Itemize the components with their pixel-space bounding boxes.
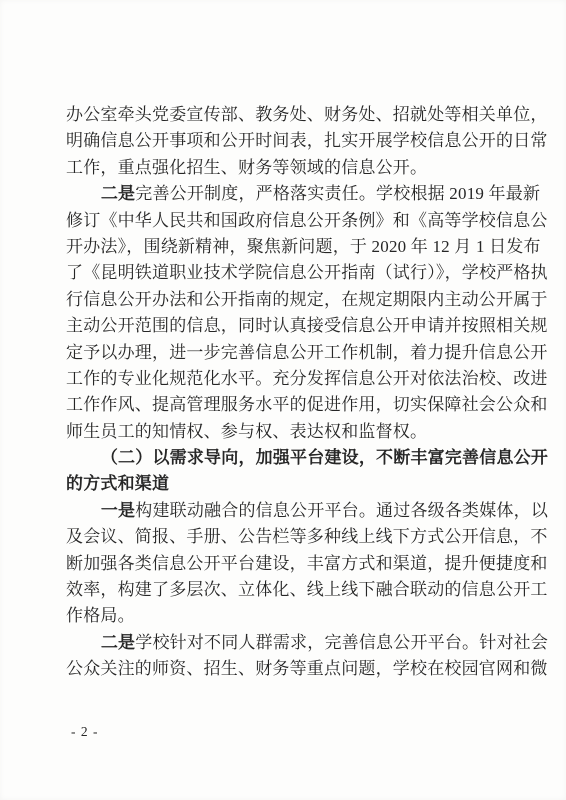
line-text: 定予以办理，进一步完善信息公开工作机制，着力提升信息公开 — [66, 343, 548, 362]
line-text: 效率，构建了多层次、立体化、线上线下融合联动的信息公开工 — [66, 580, 548, 599]
document-line: 办公室牵头党委宣传部、教务处、财务处、招就处等相关单位， — [66, 102, 502, 128]
section-heading-line: （二）以需求导向，加强平台建设，不断丰富完善信息公开 — [66, 445, 502, 471]
document-line: 一是构建联动融合的信息公开平台。通过各级各类媒体，以 — [66, 498, 502, 524]
lead-in-bold: 二是 — [101, 184, 135, 203]
document-line: 及会议、简报、手册、公告栏等多种线上线下方式公开信息，不 — [66, 524, 502, 550]
line-text: 及会议、简报、手册、公告栏等多种线上线下方式公开信息，不 — [66, 527, 548, 546]
document-line: 作格局。 — [66, 603, 502, 629]
document-line: 修订《中华人民共和国政府信息公开条例》和《高等学校信息公 — [66, 208, 502, 234]
line-text: 主动公开范围的信息，同时认真接受信息公开申请并按照相关规 — [66, 316, 548, 335]
line-text: 了《昆明铁道职业技术学院信息公开指南（试行）》，学校严格执 — [66, 263, 548, 282]
document-line: 二是学校针对不同人群需求，完善信息公开平台。针对社会 — [66, 630, 502, 656]
document-line: 断加强各类信息公开平台建设，丰富方式和渠道，提升便捷度和 — [66, 551, 502, 577]
line-text: 工作作风、提高管理服务水平的促进作用，切实保障社会公众和 — [66, 395, 548, 414]
section-heading-line: 的方式和渠道 — [66, 471, 502, 497]
document-line: 工作的专业化规范化水平。充分发挥信息公开对依法治校、改进 — [66, 366, 502, 392]
line-text: 办公室牵头党委宣传部、教务处、财务处、招就处等相关单位， — [66, 105, 548, 124]
page-number: - 2 - — [71, 724, 99, 740]
document-line: 二是完善公开制度，严格落实责任。学校根据 2019 年最新 — [66, 181, 502, 207]
document-line: 行信息公开办法和公开指南的规定，在规定期限内主动公开属于 — [66, 287, 502, 313]
line-text: 师生员工的知情权、参与权、表达权和监督权。 — [66, 422, 427, 441]
line-text: 作格局。 — [66, 606, 135, 625]
document-line: 工作作风、提高管理服务水平的促进作用，切实保障社会公众和 — [66, 392, 502, 418]
document-line: 效率，构建了多层次、立体化、线上线下融合联动的信息公开工 — [66, 577, 502, 603]
document-line: 了《昆明铁道职业技术学院信息公开指南（试行）》，学校严格执 — [66, 260, 502, 286]
line-text: 工作，重点强化招生、财务等领域的信息公开。 — [66, 158, 427, 177]
line-text: 修订《中华人民共和国政府信息公开条例》和《高等学校信息公 — [66, 211, 548, 230]
document-line: 定予以办理，进一步完善信息公开工作机制，着力提升信息公开 — [66, 340, 502, 366]
document-line: 主动公开范围的信息，同时认真接受信息公开申请并按照相关规 — [66, 313, 502, 339]
document-line: 工作，重点强化招生、财务等领域的信息公开。 — [66, 155, 502, 181]
line-text: 公众关注的师资、招生、财务等重点问题，学校在校园官网和微 — [66, 659, 548, 678]
document-page: 办公室牵头党委宣传部、教务处、财务处、招就处等相关单位，明确信息公开事项和公开时… — [0, 0, 566, 800]
line-text: 行信息公开办法和公开指南的规定，在规定期限内主动公开属于 — [66, 290, 548, 309]
line-text: 工作的专业化规范化水平。充分发挥信息公开对依法治校、改进 — [66, 369, 548, 388]
line-text: 学校针对不同人群需求，完善信息公开平台。针对社会 — [135, 633, 548, 652]
document-line: 师生员工的知情权、参与权、表达权和监督权。 — [66, 419, 502, 445]
line-text: 构建联动融合的信息公开平台。通过各级各类媒体，以 — [135, 501, 548, 520]
document-line: 公众关注的师资、招生、财务等重点问题，学校在校园官网和微 — [66, 656, 502, 682]
line-text: 完善公开制度，严格落实责任。学校根据 2019 年最新 — [135, 184, 540, 203]
lead-in-bold: 二是 — [101, 633, 135, 652]
line-text: 断加强各类信息公开平台建设，丰富方式和渠道，提升便捷度和 — [66, 554, 548, 573]
line-text: （二）以需求导向，加强平台建设，不断丰富完善信息公开 — [101, 448, 548, 467]
document-line: 开办法》，围绕新精神，聚焦新问题，于 2020 年 12 月 1 日发布 — [66, 234, 502, 260]
document-line: 明确信息公开事项和公开时间表，扎实开展学校信息公开的日常 — [66, 128, 502, 154]
line-text: 明确信息公开事项和公开时间表，扎实开展学校信息公开的日常 — [66, 131, 548, 150]
lead-in-bold: 一是 — [101, 501, 135, 520]
text-block: 办公室牵头党委宣传部、教务处、财务处、招就处等相关单位，明确信息公开事项和公开时… — [66, 102, 502, 683]
line-text: 开办法》，围绕新精神，聚焦新问题，于 2020 年 12 月 1 日发布 — [66, 237, 541, 256]
line-text: 的方式和渠道 — [66, 474, 169, 493]
